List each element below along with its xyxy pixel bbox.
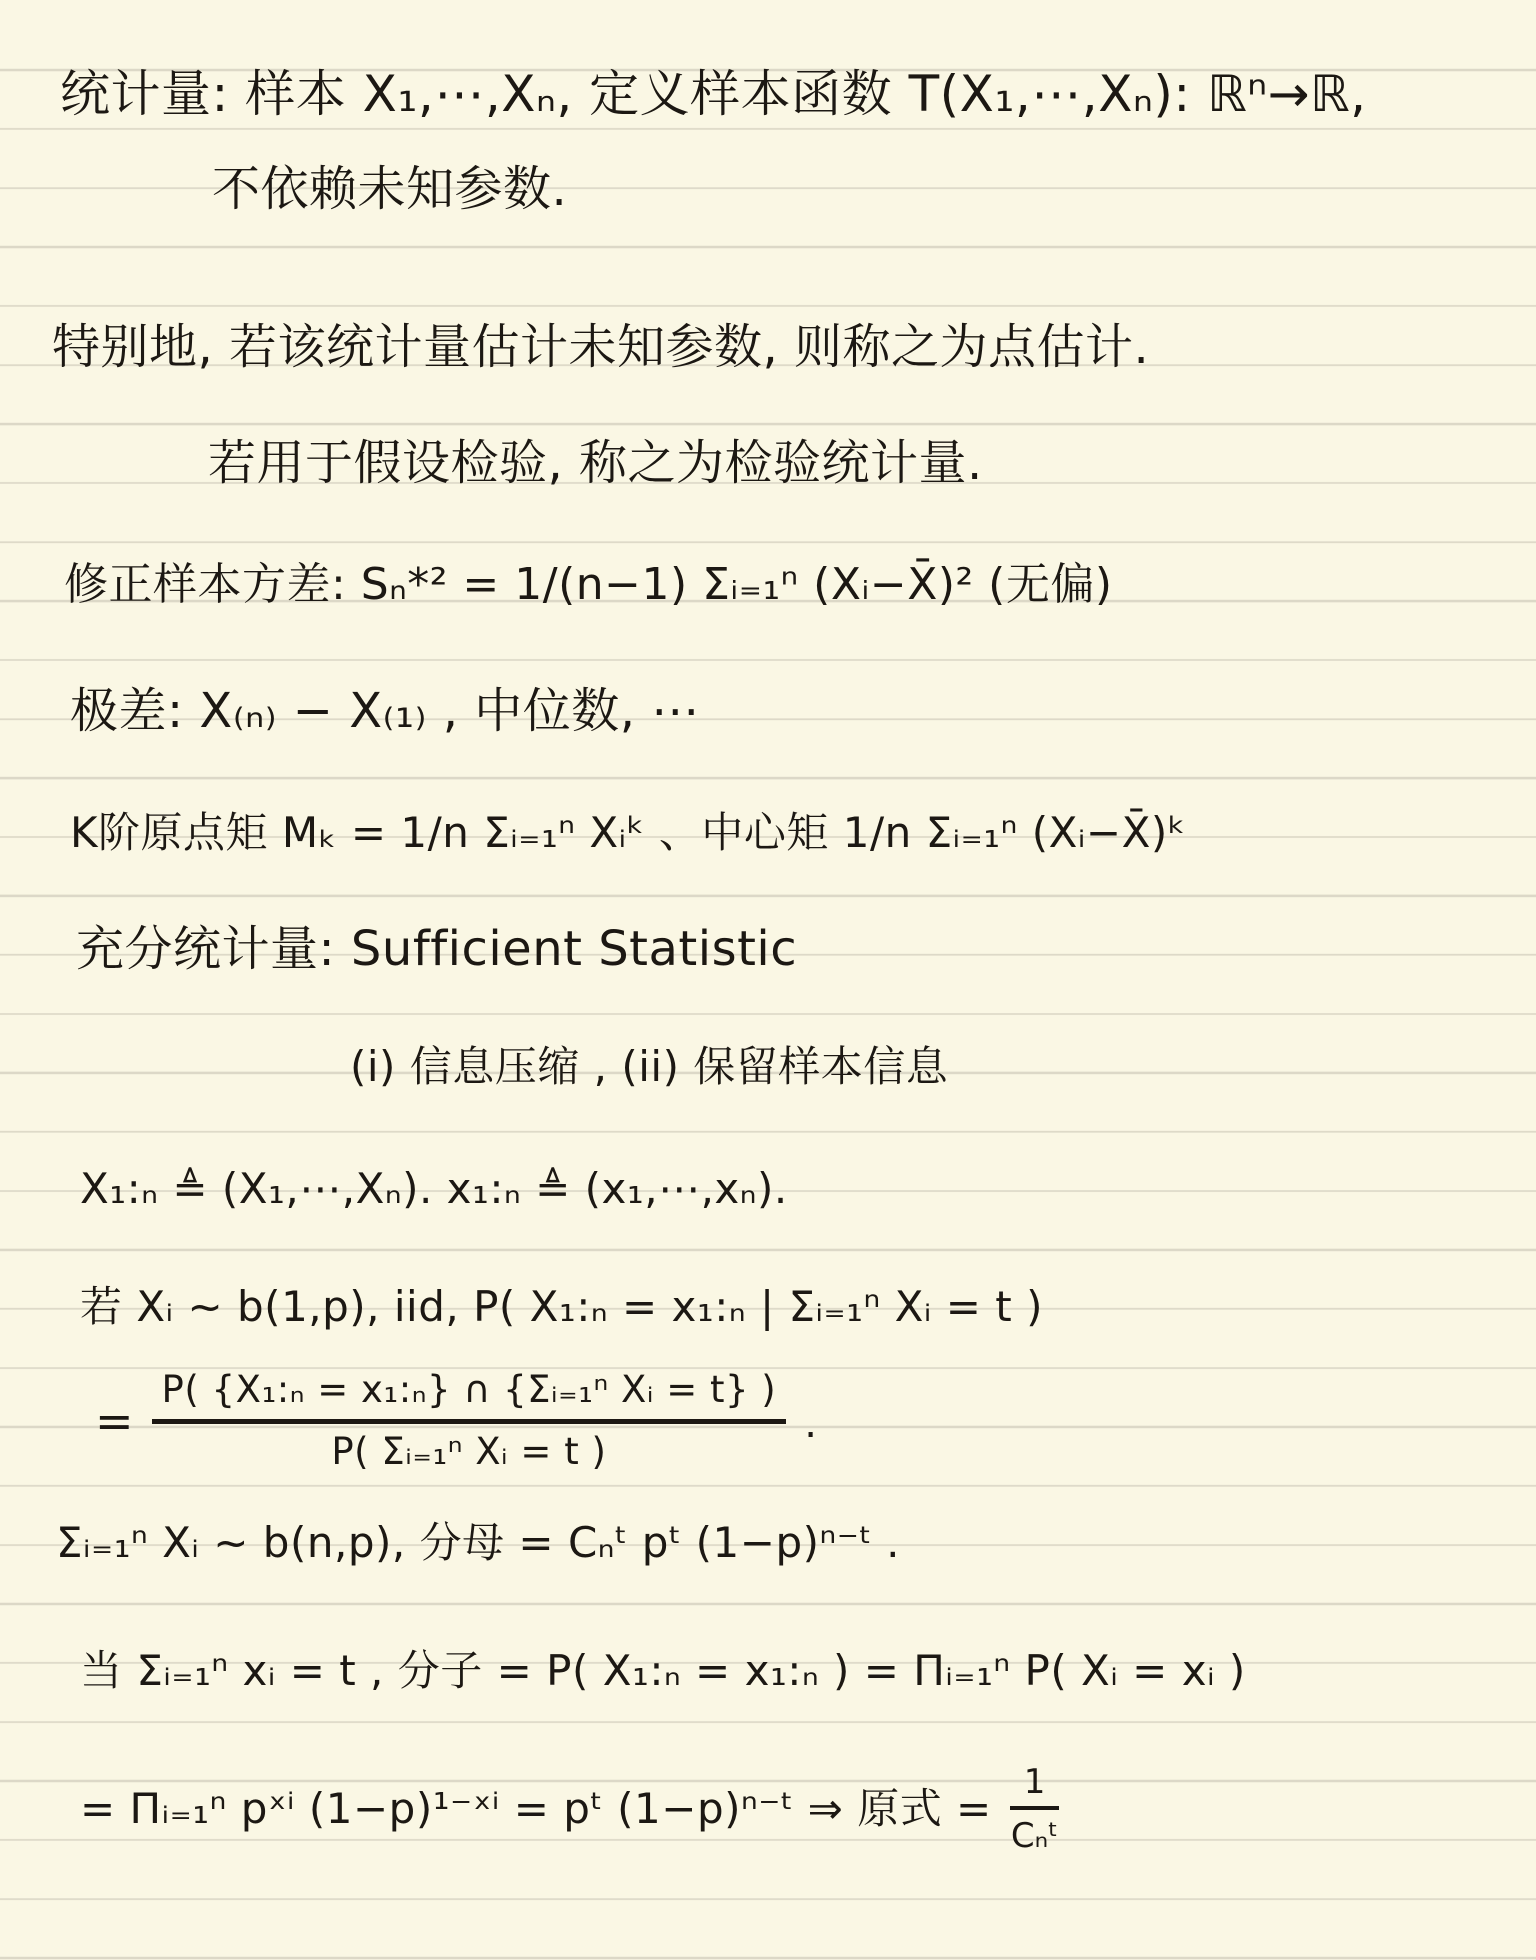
line-corrected-sample-variance: 修正样本方差: Sₙ*² = 1/(n−1) Σᵢ₌₁ⁿ (Xᵢ−X̄)² (无…: [64, 556, 1112, 613]
final-fraction-denominator: Cₙᵗ: [1011, 1810, 1058, 1856]
equals-sign: =: [95, 1394, 134, 1448]
line-statistic-definition: 统计量: 样本 X₁,⋯,Xₙ, 定义样本函数 T(X₁,⋯,Xₙ): ℝⁿ→ℝ…: [60, 62, 1367, 127]
line-point-estimate: 特别地, 若该统计量估计未知参数, 则称之为点估计.: [52, 316, 1149, 378]
line-numerator-product: 当 Σᵢ₌₁ⁿ xᵢ = t , 分子 = P( X₁:ₙ = x₁:ₙ ) =…: [80, 1644, 1246, 1699]
line-sufficient-statistic-title: 充分统计量: Sufficient Statistic: [76, 918, 797, 980]
line-moments: K阶原点矩 Mₖ = 1/n Σᵢ₌₁ⁿ Xᵢᵏ 、中心矩 1/n Σᵢ₌₁ⁿ …: [70, 806, 1186, 861]
line-bernoulli-conditional: 若 Xᵢ ~ b(1,p), iid, P( X₁:ₙ = x₁:ₙ | Σᵢ₌…: [80, 1280, 1043, 1335]
final-equation-lead: = Πᵢ₌₁ⁿ pˣⁱ (1−p)¹⁻ˣⁱ = pᵗ (1−p)ⁿ⁻ᵗ ⇒ 原式…: [80, 1782, 992, 1837]
probability-fraction: P( {X₁:ₙ = x₁:ₙ} ∩ {Σᵢ₌₁ⁿ Xᵢ = t} ) P( Σ…: [152, 1368, 787, 1473]
line-final-result: = Πᵢ₌₁ⁿ pˣⁱ (1−p)¹⁻ˣⁱ = pᵗ (1−p)ⁿ⁻ᵗ ⇒ 原式…: [80, 1762, 1059, 1856]
line-range-median: 极差: X₍ₙ₎ − X₍₁₎ , 中位数, ⋯: [70, 680, 700, 742]
final-fraction: 1 Cₙᵗ: [1010, 1762, 1060, 1856]
line-conditional-probability-fraction: = P( {X₁:ₙ = x₁:ₙ} ∩ {Σᵢ₌₁ⁿ Xᵢ = t} ) P(…: [95, 1368, 817, 1473]
line-test-statistic: 若用于假设检验, 称之为检验统计量.: [208, 432, 983, 494]
period-mark: .: [804, 1401, 817, 1473]
line-not-depend-unknown-params: 不依赖未知参数.: [212, 158, 567, 220]
line-notation-x1n: X₁:ₙ ≜ (X₁,⋯,Xₙ). x₁:ₙ ≜ (x₁,⋯,xₙ).: [80, 1162, 788, 1217]
line-binomial-denominator: Σᵢ₌₁ⁿ Xᵢ ~ b(n,p), 分母 = Cₙᵗ pᵗ (1−p)ⁿ⁻ᵗ …: [56, 1516, 900, 1571]
fraction-denominator: P( Σᵢ₌₁ⁿ Xᵢ = t ): [331, 1424, 606, 1473]
notes-page: 统计量: 样本 X₁,⋯,Xₙ, 定义样本函数 T(X₁,⋯,Xₙ): ℝⁿ→ℝ…: [0, 0, 1536, 1960]
final-fraction-numerator: 1: [1010, 1762, 1060, 1810]
fraction-numerator: P( {X₁:ₙ = x₁:ₙ} ∩ {Σᵢ₌₁ⁿ Xᵢ = t} ): [152, 1368, 787, 1424]
line-sufficient-properties: (i) 信息压缩 , (ii) 保留样本信息: [350, 1040, 948, 1095]
